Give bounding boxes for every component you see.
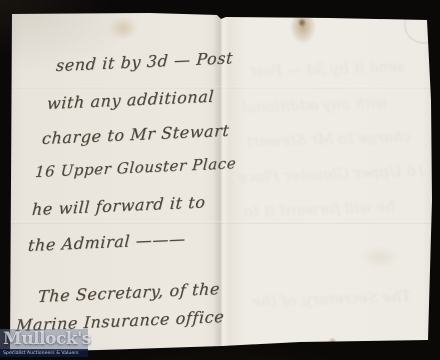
ghost-line: The Secretary, of the [252, 287, 412, 311]
ghost-line: send it by 3d — Post [250, 57, 406, 80]
paper-ring-mark [404, 6, 440, 44]
auction-watermark: Mullock's Specialist Auctioneers & Value… [0, 329, 88, 357]
paper-stain [360, 245, 400, 269]
handwriting-line: the Admiral ——— [27, 229, 186, 255]
paper-stain [328, 338, 337, 345]
ghost-line: 16 Upper Glouster Place [238, 162, 426, 187]
handwriting-line: with any additional [46, 87, 214, 113]
horizontal-fold-crease [0, 221, 440, 224]
letter-paper: send it by 3d — Post with any additional… [0, 0, 440, 360]
paper-stain [108, 16, 138, 40]
handwriting-line: charge to Mr Stewart [41, 121, 230, 148]
seal-stain-spot [298, 18, 306, 27]
photo-background: send it by 3d — Post with any additional… [0, 0, 440, 360]
ghost-line: he will forward it to [244, 197, 396, 220]
ghost-line: charge to Mr Stewart [246, 127, 411, 151]
handwriting-line: 16 Upper Glouster Place [34, 154, 236, 181]
handwriting-line: The Secretary, of the [37, 279, 220, 306]
handwriting-line: he will forward it to [31, 192, 206, 219]
horizontal-fold-crease [0, 86, 440, 89]
watermark-tagline: Specialist Auctioneers & Valuers [0, 349, 88, 357]
handwriting-line: send it by 3d — Post [55, 48, 233, 75]
ghost-line: with any additional [242, 93, 389, 116]
watermark-logo: Mullock's [0, 329, 88, 349]
